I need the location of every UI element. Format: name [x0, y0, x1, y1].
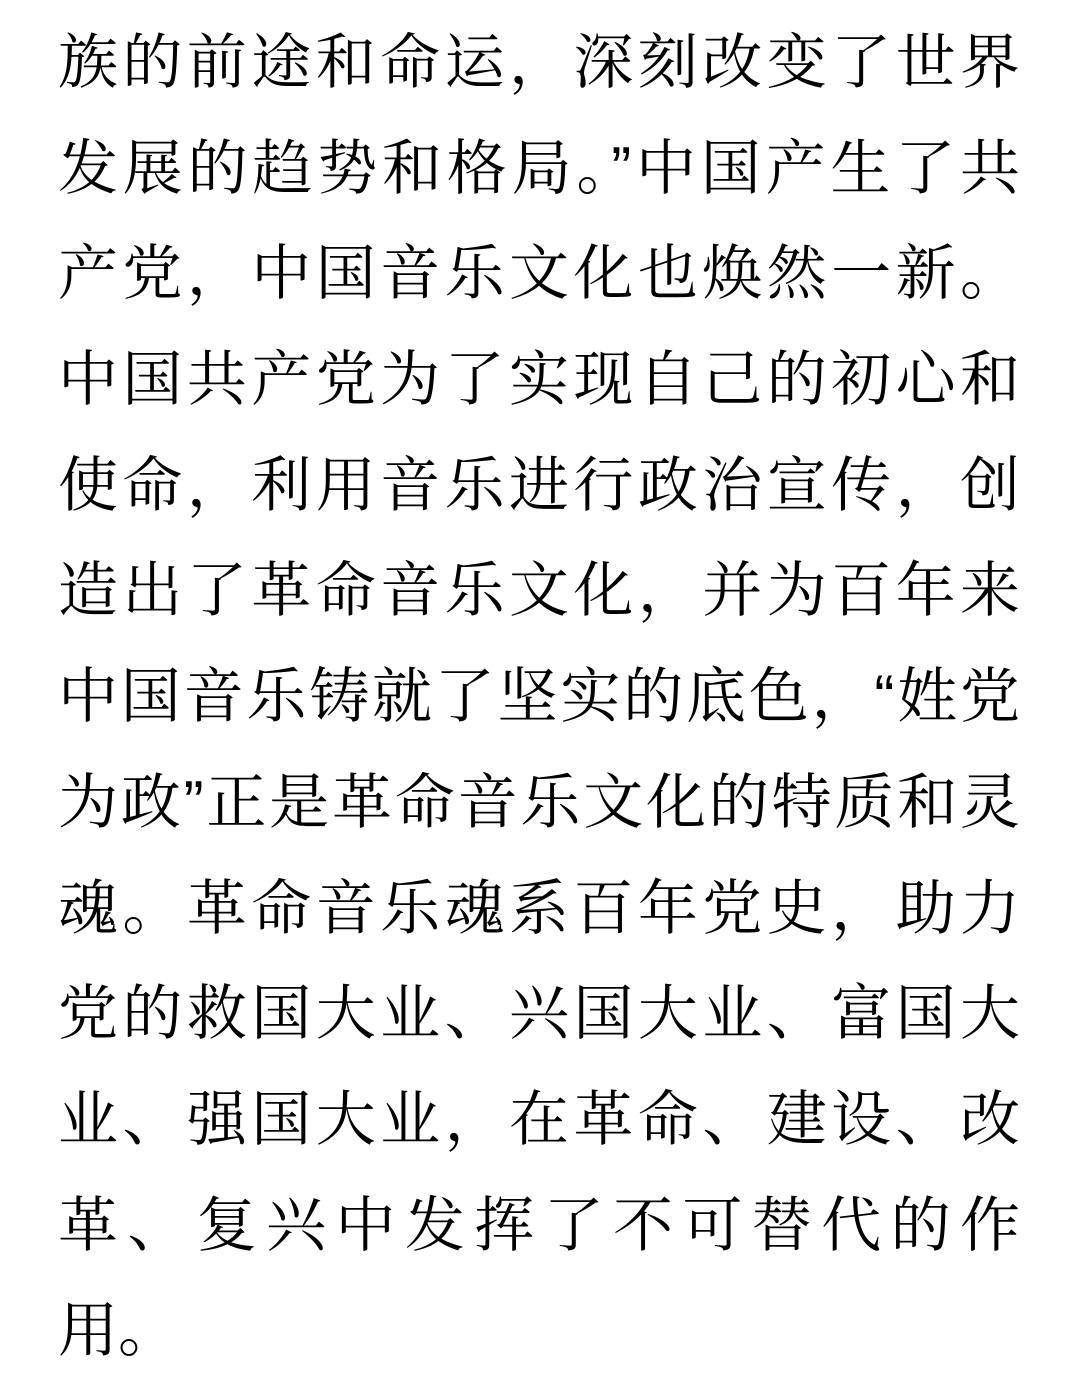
- text-line: 业、强国大业，在革命、建设、改: [58, 1067, 1020, 1173]
- text-line: 发展的趋势和格局。”中国产生了共: [58, 116, 1020, 222]
- document-page: 族的前途和命运，深刻改变了世界 发展的趋势和格局。”中国产生了共 产党，中国音乐…: [0, 0, 1080, 1384]
- text-line: 族的前途和命运，深刻改变了世界: [58, 10, 1020, 116]
- text-line: 魂。革命音乐魂系百年党史，助力: [58, 856, 1020, 962]
- text-line: 造出了革命音乐文化，并为百年来: [58, 538, 1020, 644]
- text-line: 革、复兴中发挥了不可替代的作: [58, 1173, 1020, 1279]
- text-line: 中国音乐铸就了坚实的底色，“姓党: [58, 644, 1020, 750]
- text-line: 产党，中国音乐文化也焕然一新。: [58, 221, 1020, 327]
- text-line: 为政”正是革命音乐文化的特质和灵: [58, 750, 1020, 856]
- text-line: 党的救国大业、兴国大业、富国大: [58, 961, 1020, 1067]
- text-line: 使命，利用音乐进行政治宣传，创: [58, 433, 1020, 539]
- text-line: 用。: [58, 1278, 1020, 1384]
- text-line: 中国共产党为了实现自己的初心和: [58, 327, 1020, 433]
